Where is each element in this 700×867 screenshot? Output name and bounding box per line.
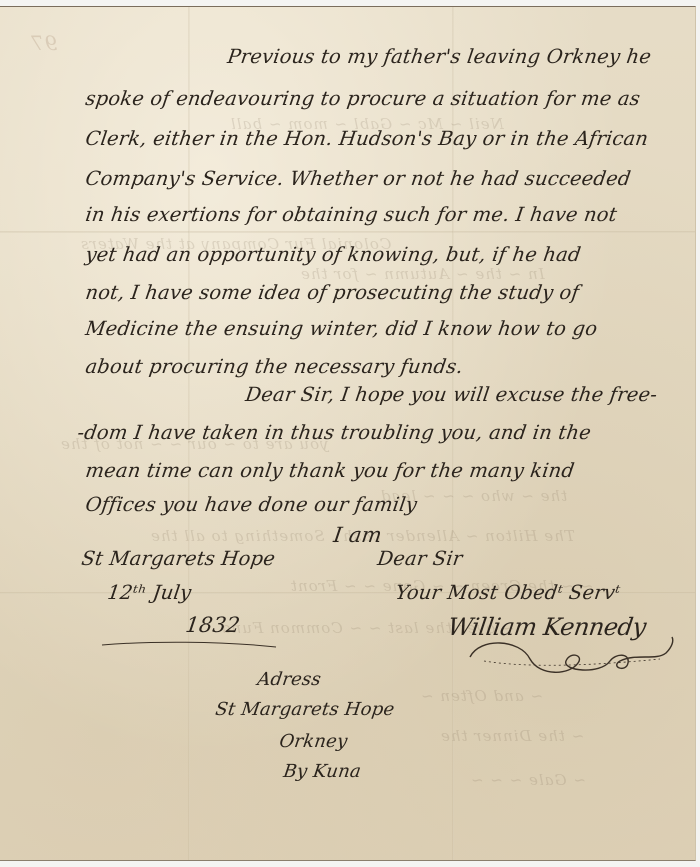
letter-line: Medicine the ensuing winter, did I know …	[84, 317, 599, 340]
date-underline	[100, 639, 280, 653]
page-mark: 97	[30, 31, 57, 55]
letter-line: in his exertions for obtaining such for …	[84, 203, 619, 226]
closing-i-am: I am	[332, 523, 384, 547]
letter-line: about procuring the necessary funds.	[84, 355, 465, 378]
letter-page: 97 Neil ~ Mc ~ Gabl ~ mom ~ ball Colonia…	[0, 6, 696, 861]
bleed-through-text: ~ the Dinner the	[440, 727, 584, 745]
address-line: St Margarets Hope	[214, 699, 396, 720]
letter-line: yet had an opportunity of knowing, but, …	[84, 243, 582, 266]
letter-line: not, I have some idea of prosecuting the…	[84, 281, 581, 304]
letter-line: Company's Service. Whether or not he had…	[84, 167, 632, 190]
letter-line: Dear Sir, I hope you will excuse the fre…	[244, 383, 659, 406]
valediction: Your Most Obedᵗ Servᵗ	[394, 581, 622, 604]
paper-fold-horizontal	[0, 231, 695, 233]
bleed-through-text: ~ and Often ~	[420, 687, 543, 705]
letter-line: spoke of endeavouring to procure a situa…	[84, 87, 642, 110]
letter-line: -dom I have taken in thus troubling you,…	[76, 421, 593, 444]
letter-line: Clerk, either in the Hon. Hudson's Bay o…	[84, 127, 650, 150]
closing-salutation: Dear Sir	[376, 547, 464, 570]
signature-flourish	[460, 627, 680, 687]
dateline-day-month: 12ᵗʰ July	[106, 581, 193, 604]
letter-line: mean time can only thank you for the man…	[84, 459, 576, 482]
dateline-place: St Margarets Hope	[80, 547, 277, 570]
address-line: By Kuna	[282, 761, 362, 782]
address-line: Orkney	[278, 731, 349, 752]
address-label: Adress	[256, 669, 322, 690]
dateline-year: 1832	[184, 613, 242, 637]
letter-line: Previous to my father's leaving Orkney h…	[226, 45, 653, 68]
bleed-through-text: ~ Gale ~ ~ ~	[470, 771, 586, 789]
letter-line: Offices you have done our family	[84, 493, 419, 516]
